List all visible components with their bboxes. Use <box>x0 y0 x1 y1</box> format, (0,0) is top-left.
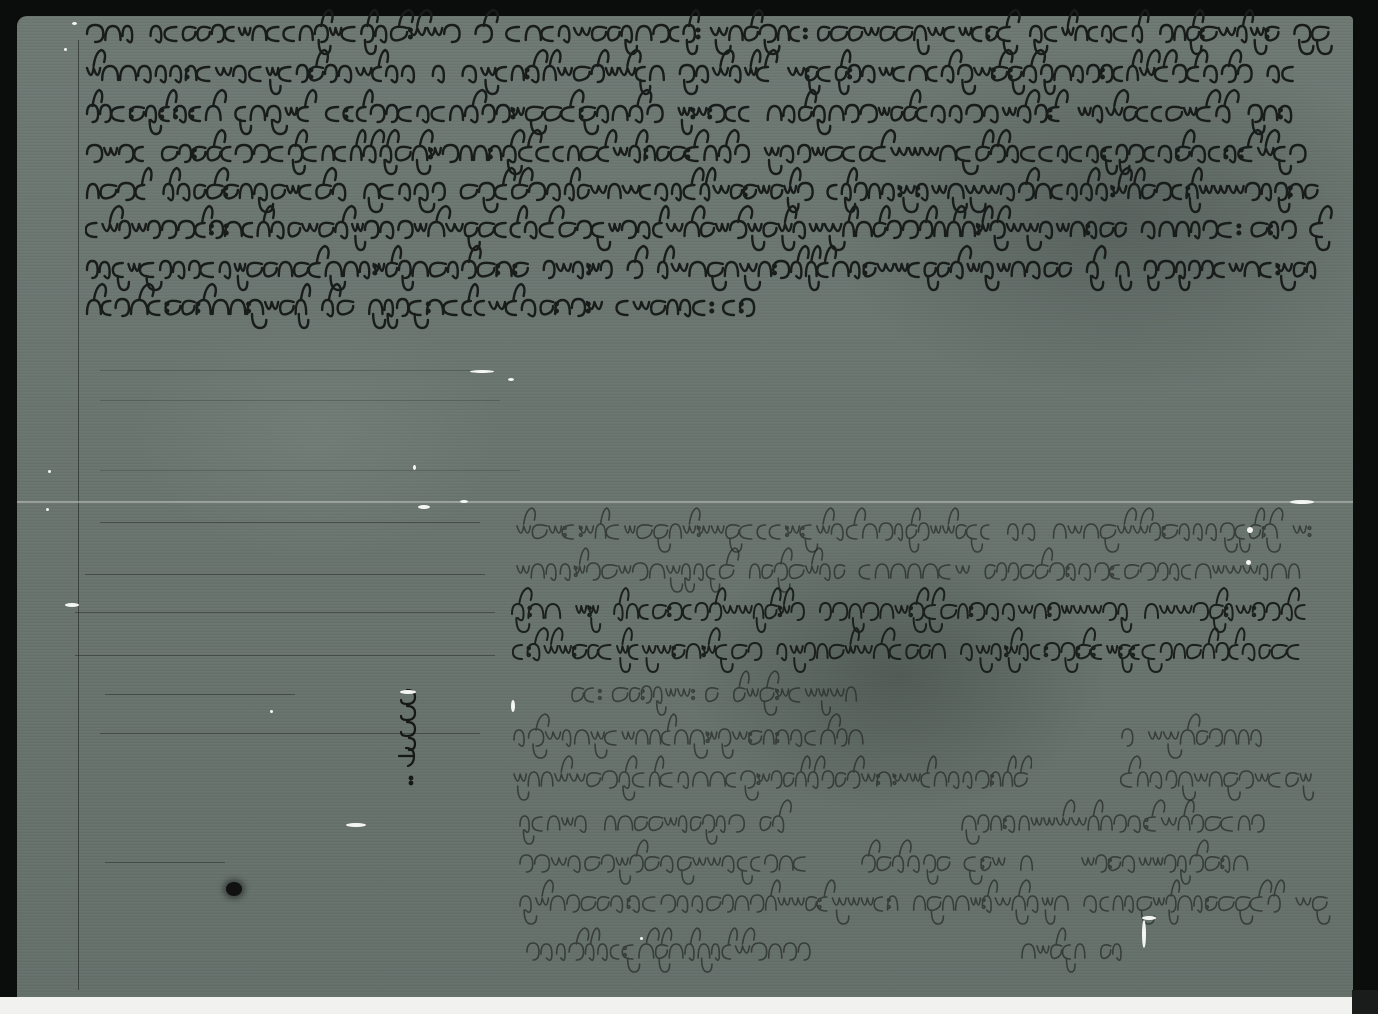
script-line-lower: [faint Burmese script] <box>518 892 1338 922</box>
script-line-upper: [Burmese script line 8 — ends mid-width] <box>85 296 765 326</box>
ruled-line <box>100 470 520 471</box>
surface-chip <box>64 48 67 51</box>
vertical-note <box>395 686 425 786</box>
ruled-line <box>100 522 480 523</box>
surface-chip <box>460 500 468 503</box>
script-fragment: Lighter, partly erased Burmese text on t… <box>1020 940 1140 970</box>
mount-border <box>0 997 1352 1014</box>
ruled-line <box>75 655 495 656</box>
shadow-corner <box>1352 990 1378 1014</box>
surface-chip <box>46 508 49 511</box>
surface-chip <box>508 378 514 381</box>
surface-chip <box>418 505 430 509</box>
surface-chip <box>1142 916 1156 920</box>
script-fragment: Lighter, partly erased Burmese text on t… <box>860 852 1040 882</box>
surface-chip <box>400 690 416 694</box>
ruled-line <box>105 694 295 695</box>
surface-chip <box>65 603 79 607</box>
surface-chip <box>1142 920 1146 948</box>
surface-chip <box>1290 500 1314 504</box>
surface-chip <box>72 22 77 25</box>
surface-chip <box>270 710 273 713</box>
surface-chip <box>470 370 494 373</box>
surface-chip <box>48 470 51 473</box>
ruled-line <box>100 400 500 401</box>
left-margin-rule <box>78 40 79 990</box>
script-line-lower: [faint Burmese script] <box>525 940 825 970</box>
surface-chip <box>511 700 515 712</box>
surface-chip <box>640 937 643 940</box>
script-fragment: Lighter, partly erased Burmese text on t… <box>1080 852 1260 882</box>
ruled-line <box>85 574 485 575</box>
slate-damage-hole <box>226 882 242 896</box>
surface-chip <box>1247 527 1253 533</box>
ruled-line <box>75 612 495 613</box>
ruled-line <box>100 370 480 371</box>
surface-chip <box>1246 560 1251 565</box>
surface-chip <box>346 823 366 827</box>
ruled-line <box>105 862 225 863</box>
surface-chip <box>413 465 416 470</box>
